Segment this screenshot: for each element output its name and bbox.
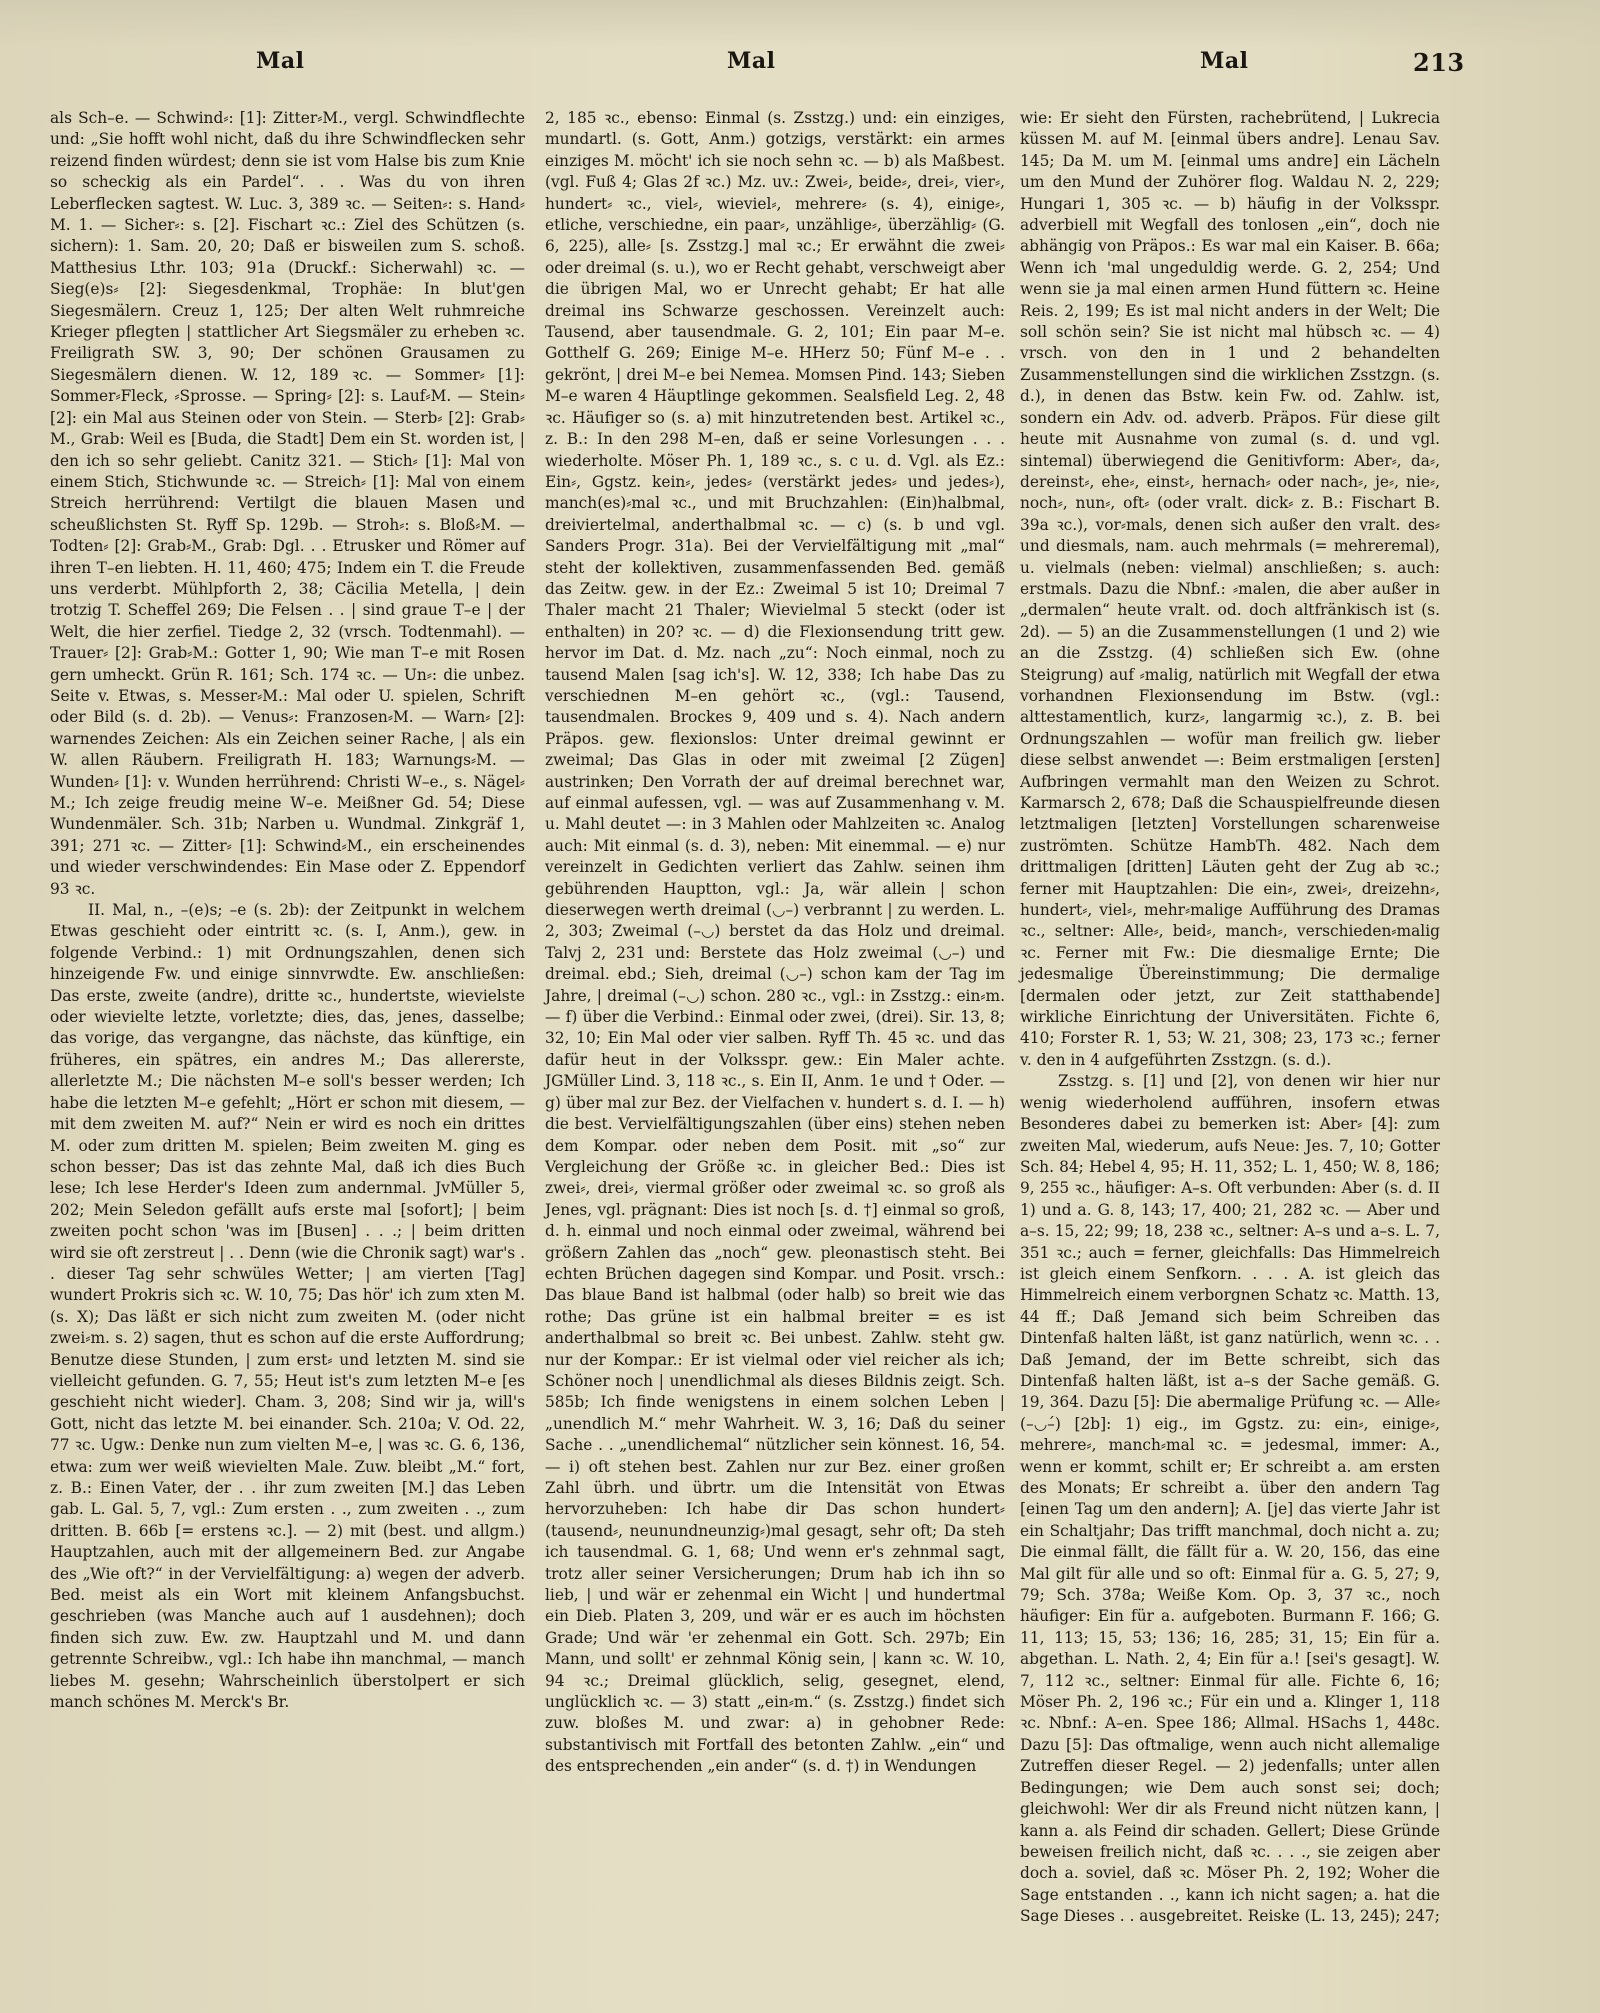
text-column-left: als Sch–e. — Schwind⸗: [1]: Zitter⸗M., v… [50, 108, 525, 1713]
entry-text: 2, 185 ꝛc., ebenso: Einmal (s. Zsstzg.) … [545, 108, 1005, 1778]
running-header: Mal Mal Mal 213 [0, 48, 1600, 88]
running-headword-left: Mal [256, 48, 304, 74]
entry-text: II. Mal, n., –(e)s; –e (s. 2b): der Zeit… [50, 900, 525, 1713]
running-headword-center: Mal [727, 48, 775, 74]
text-column-middle: 2, 185 ꝛc., ebenso: Einmal (s. Zsstzg.) … [545, 108, 1005, 1778]
text-column-right: wie: Er sieht den Fürsten, rachebrütend,… [1020, 108, 1440, 1928]
page-top-shadow [0, 0, 1600, 48]
entry-text: wie: Er sieht den Fürsten, rachebrütend,… [1020, 108, 1440, 1071]
entry-text: Zsstzg. s. [1] und [2], von denen wir hi… [1020, 1071, 1440, 1927]
running-headword-right: Mal [1200, 48, 1248, 74]
entry-text: als Sch–e. — Schwind⸗: [1]: Zitter⸗M., v… [50, 108, 525, 900]
page-number: 213 [1413, 48, 1465, 77]
